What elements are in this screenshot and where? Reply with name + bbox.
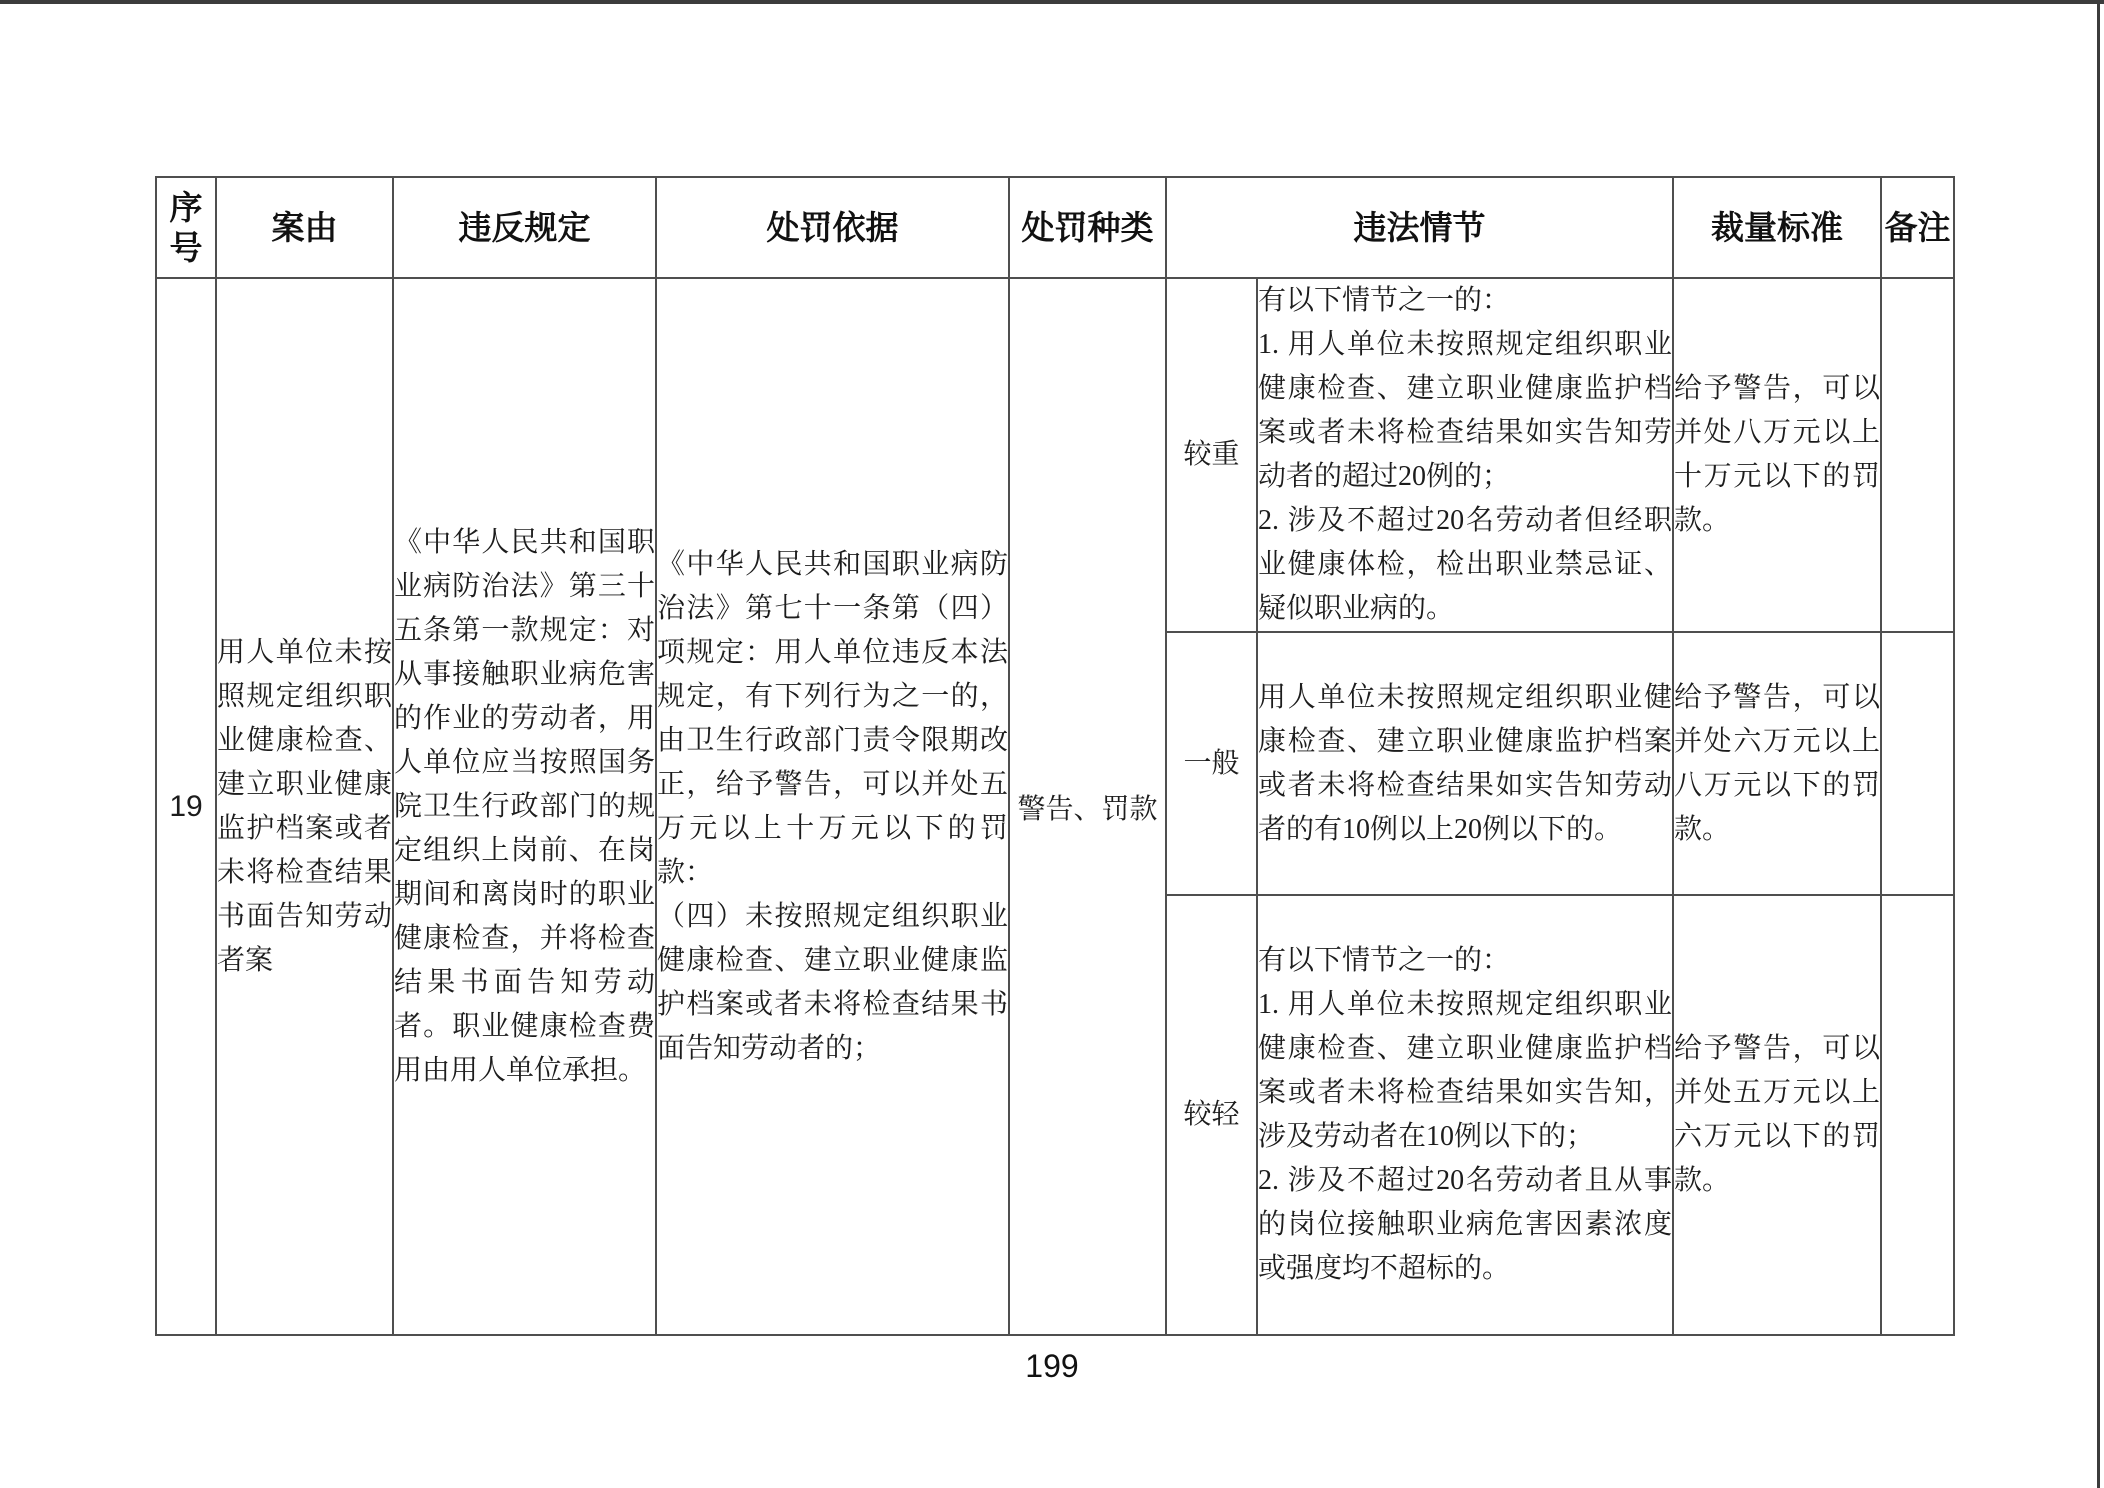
penalty-discretion-table: 序号 案由 违反规定 处罚依据 处罚种类 违法情节 裁量标准 备注 19 用人单… — [155, 176, 1955, 1336]
cell-circumstance-lighter: 有以下情节之一的： 1. 用人单位未按照规定组织职业健康检查、建立职业健康监护档… — [1257, 895, 1673, 1335]
page-number: 199 — [0, 1348, 2104, 1385]
cell-violated-rule: 《中华人民共和国职业病防治法》第三十五条第一款规定：对从事接触职业病危害的作业的… — [393, 278, 656, 1335]
cell-circumstance-heavier: 有以下情节之一的： 1. 用人单位未按照规定组织职业健康检查、建立职业健康监护档… — [1257, 278, 1673, 632]
page-top-border — [0, 0, 2104, 4]
header-violated-rule: 违反规定 — [393, 177, 656, 278]
document-page: { "page": { "number": "199" }, "table": … — [0, 0, 2104, 1488]
header-cause: 案由 — [216, 177, 393, 278]
cell-standard-heavier: 给予警告，可以并处八万元以上十万元以下的罚款。 — [1673, 278, 1881, 632]
header-penalty-type: 处罚种类 — [1009, 177, 1166, 278]
table-header-row: 序号 案由 违反规定 处罚依据 处罚种类 违法情节 裁量标准 备注 — [156, 177, 1954, 278]
cell-serial-number: 19 — [156, 278, 216, 1335]
cell-circumstance-general: 用人单位未按照规定组织职业健康检查、建立职业健康监护档案或者未将检查结果如实告知… — [1257, 632, 1673, 895]
severity-row-heavier: 19 用人单位未按照规定组织职业健康检查、建立职业健康监护档案或者未将检查结果书… — [156, 278, 1954, 632]
header-penalty-basis: 处罚依据 — [656, 177, 1009, 278]
cell-severity-heavier: 较重 — [1166, 278, 1257, 632]
header-serial: 序号 — [156, 177, 216, 278]
cell-standard-lighter: 给予警告，可以并处五万元以上六万元以下的罚款。 — [1673, 895, 1881, 1335]
header-discretion-standard: 裁量标准 — [1673, 177, 1881, 278]
cell-case-cause: 用人单位未按照规定组织职业健康检查、建立职业健康监护档案或者未将检查结果书面告知… — [216, 278, 393, 1335]
cell-severity-lighter: 较轻 — [1166, 895, 1257, 1335]
cell-remark-heavier — [1881, 278, 1954, 632]
cell-penalty-type: 警告、罚款 — [1009, 278, 1166, 1335]
cell-remark-lighter — [1881, 895, 1954, 1335]
cell-remark-general — [1881, 632, 1954, 895]
cell-severity-general: 一般 — [1166, 632, 1257, 895]
header-remarks: 备注 — [1881, 177, 1954, 278]
page-right-border — [2097, 0, 2100, 1488]
cell-standard-general: 给予警告，可以并处六万元以上八万元以下的罚款。 — [1673, 632, 1881, 895]
cell-penalty-basis: 《中华人民共和国职业病防治法》第七十一条第（四）项规定：用人单位违反本法规定，有… — [656, 278, 1009, 1335]
header-illegal-circumstances: 违法情节 — [1166, 177, 1673, 278]
